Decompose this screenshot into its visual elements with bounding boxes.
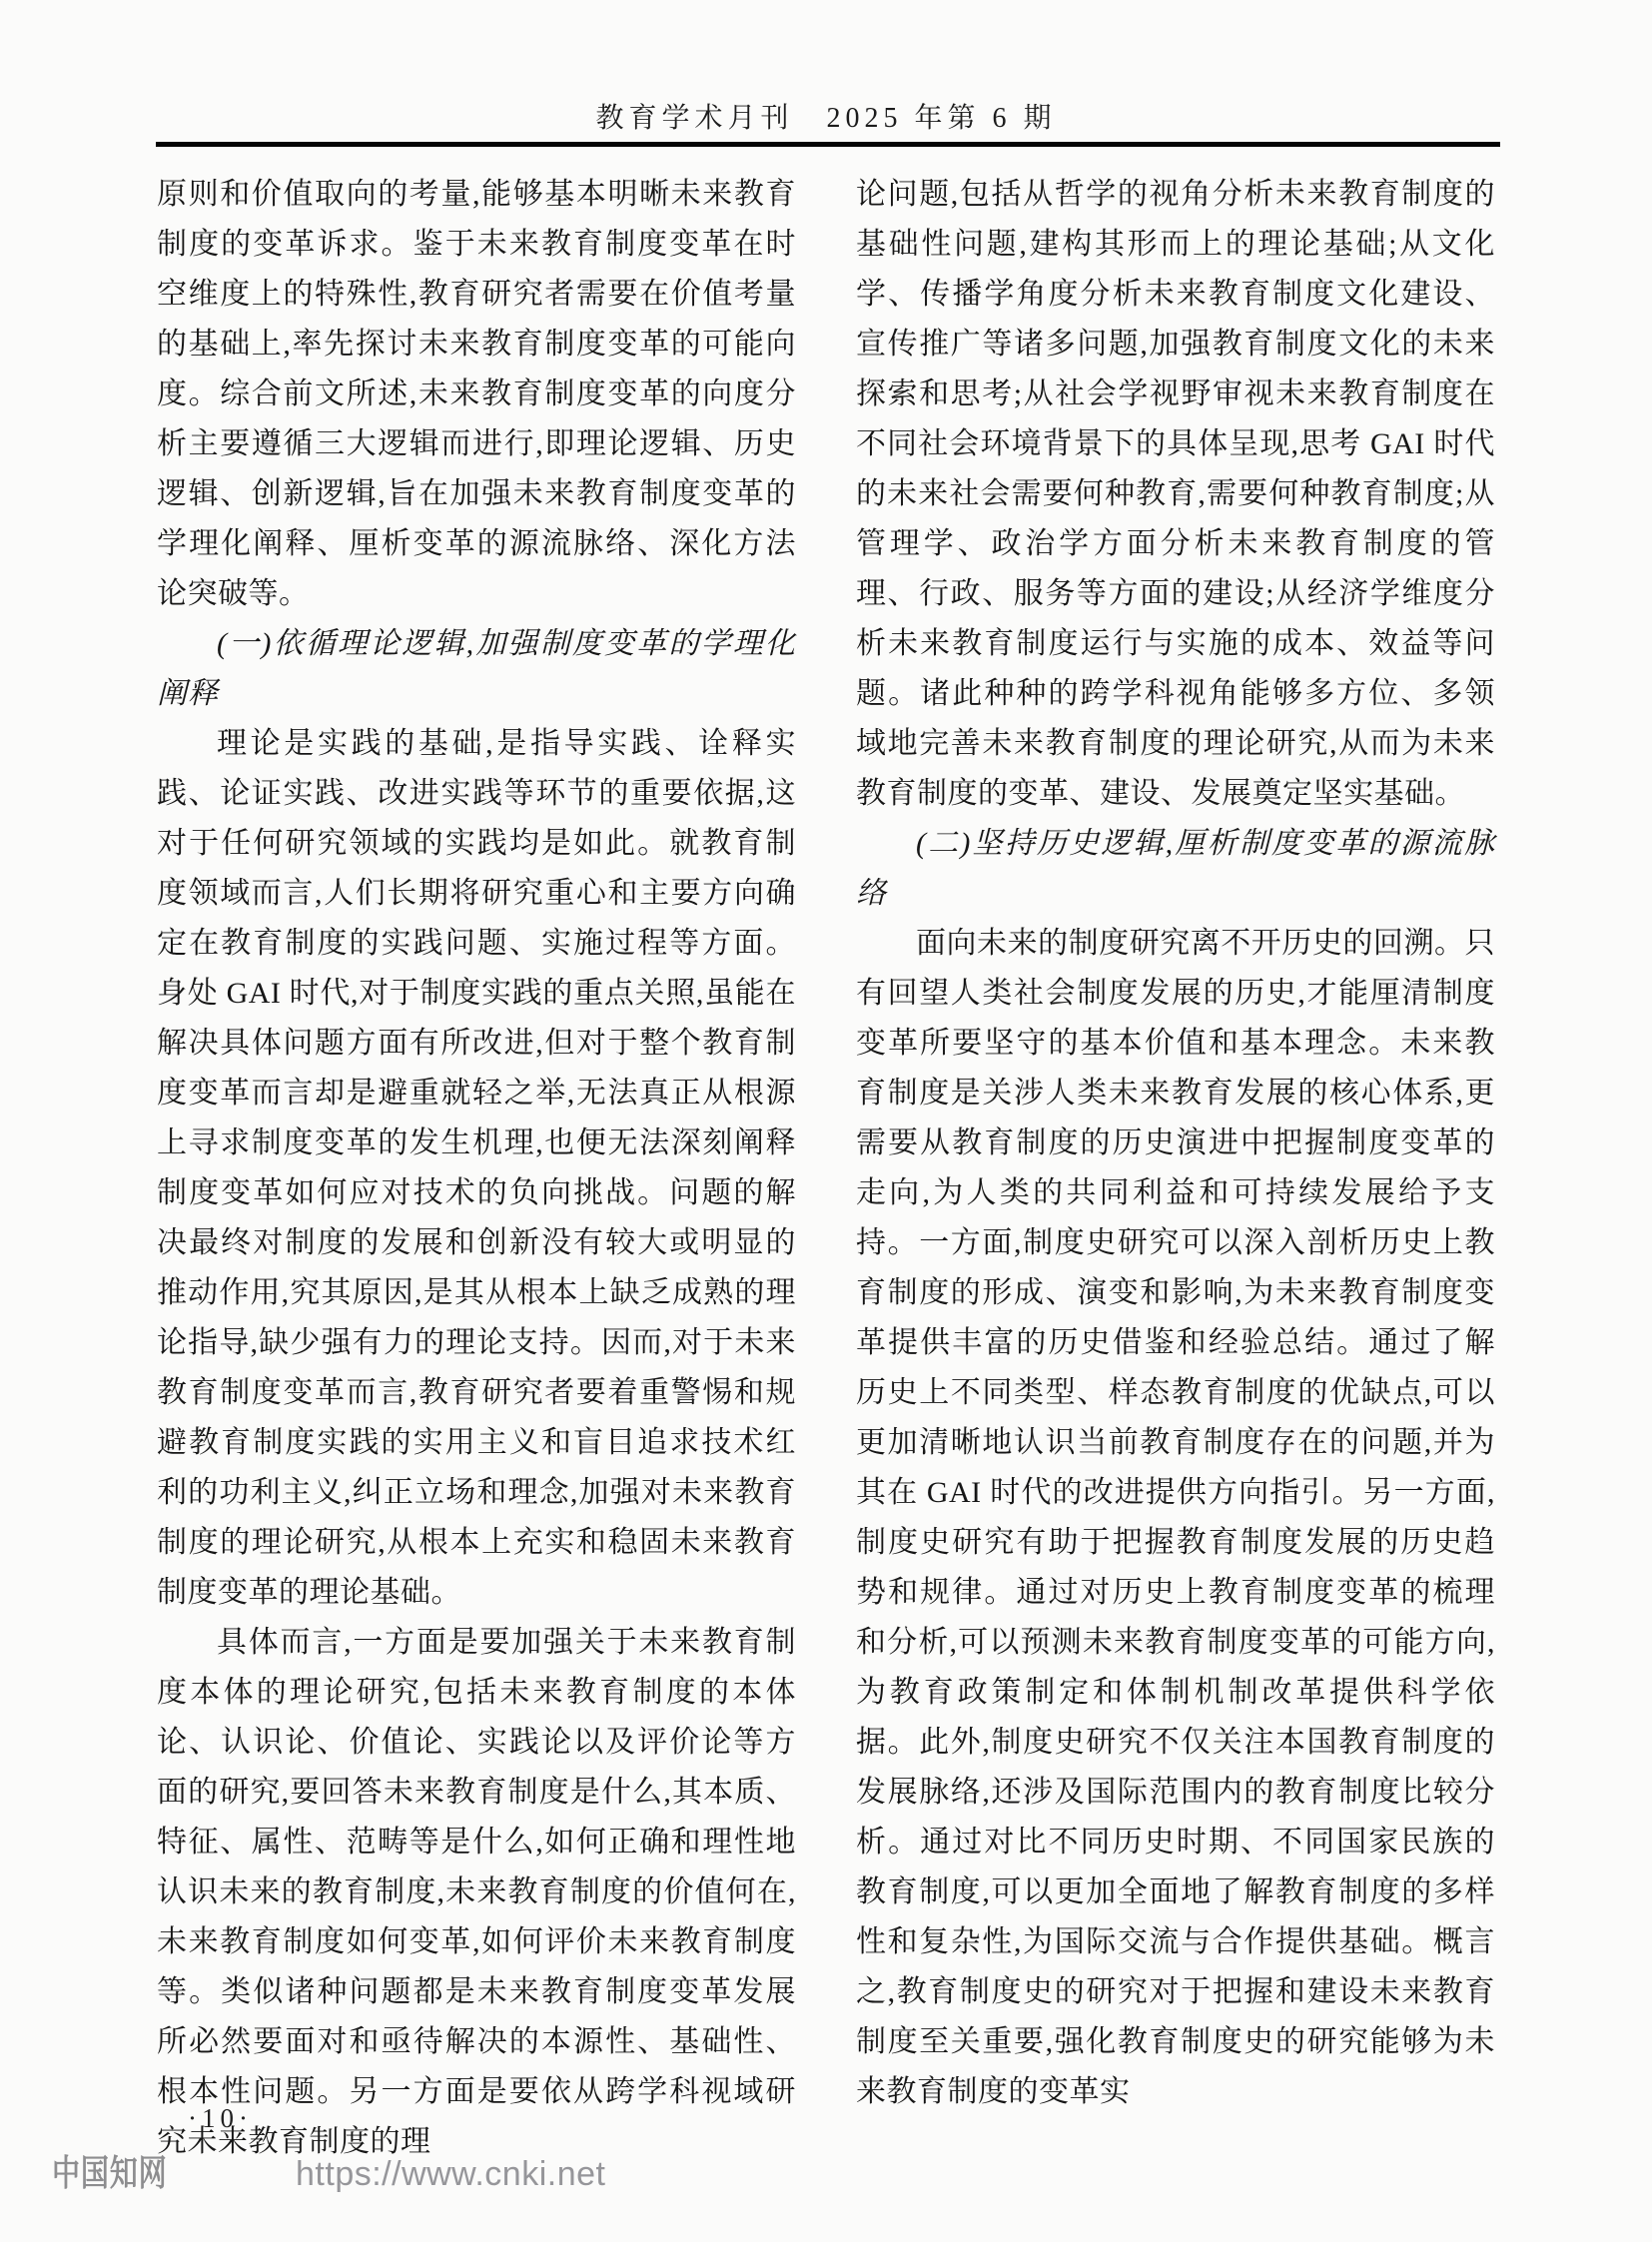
paragraph: 理论是实践的基础,是指导实践、诠释实践、论证实践、改进实践等环节的重要依据,这对… [157, 719, 796, 1618]
cnki-logo: 中国知网 [52, 2145, 167, 2196]
journal-header: 教育学术月刊 2025 年第 6 期 [0, 96, 1652, 136]
column-left: 原则和价值取向的考量,能够基本明晰未来教育制度的变革诉求。鉴于未来教育制度变革在… [157, 170, 796, 2167]
paragraph: 论问题,包括从哲学的视角分析未来教育制度的基础性问题,建构其形而上的理论基础;从… [856, 170, 1495, 819]
column-right: 论问题,包括从哲学的视角分析未来教育制度的基础性问题,建构其形而上的理论基础;从… [856, 170, 1495, 2167]
journal-page: 教育学术月刊 2025 年第 6 期 原则和价值取向的考量,能够基本明晰未来教育… [0, 0, 1652, 2242]
article-body: 原则和价值取向的考量,能够基本明晰未来教育制度的变革诉求。鉴于未来教育制度变革在… [157, 170, 1495, 2167]
section-heading: (二)坚持历史逻辑,厘析制度变革的源流脉络 [856, 819, 1495, 919]
paragraph: 原则和价值取向的考量,能够基本明晰未来教育制度的变革诉求。鉴于未来教育制度变革在… [157, 170, 796, 619]
cnki-url: https://www.cnki.net [296, 2155, 605, 2194]
paragraph: 面向未来的制度研究离不开历史的回溯。只有回望人类社会制度发展的历史,才能厘清制度… [856, 919, 1495, 2117]
section-heading: (一)依循理论逻辑,加强制度变革的学理化阐释 [157, 619, 796, 719]
watermark: 中国知网 https://www.cnki.net [52, 2145, 605, 2196]
header-rule [156, 142, 1500, 147]
page-number: ·10· [188, 2103, 253, 2134]
paragraph: 具体而言,一方面是要加强关于未来教育制度本体的理论研究,包括未来教育制度的本体论… [157, 1618, 796, 2167]
